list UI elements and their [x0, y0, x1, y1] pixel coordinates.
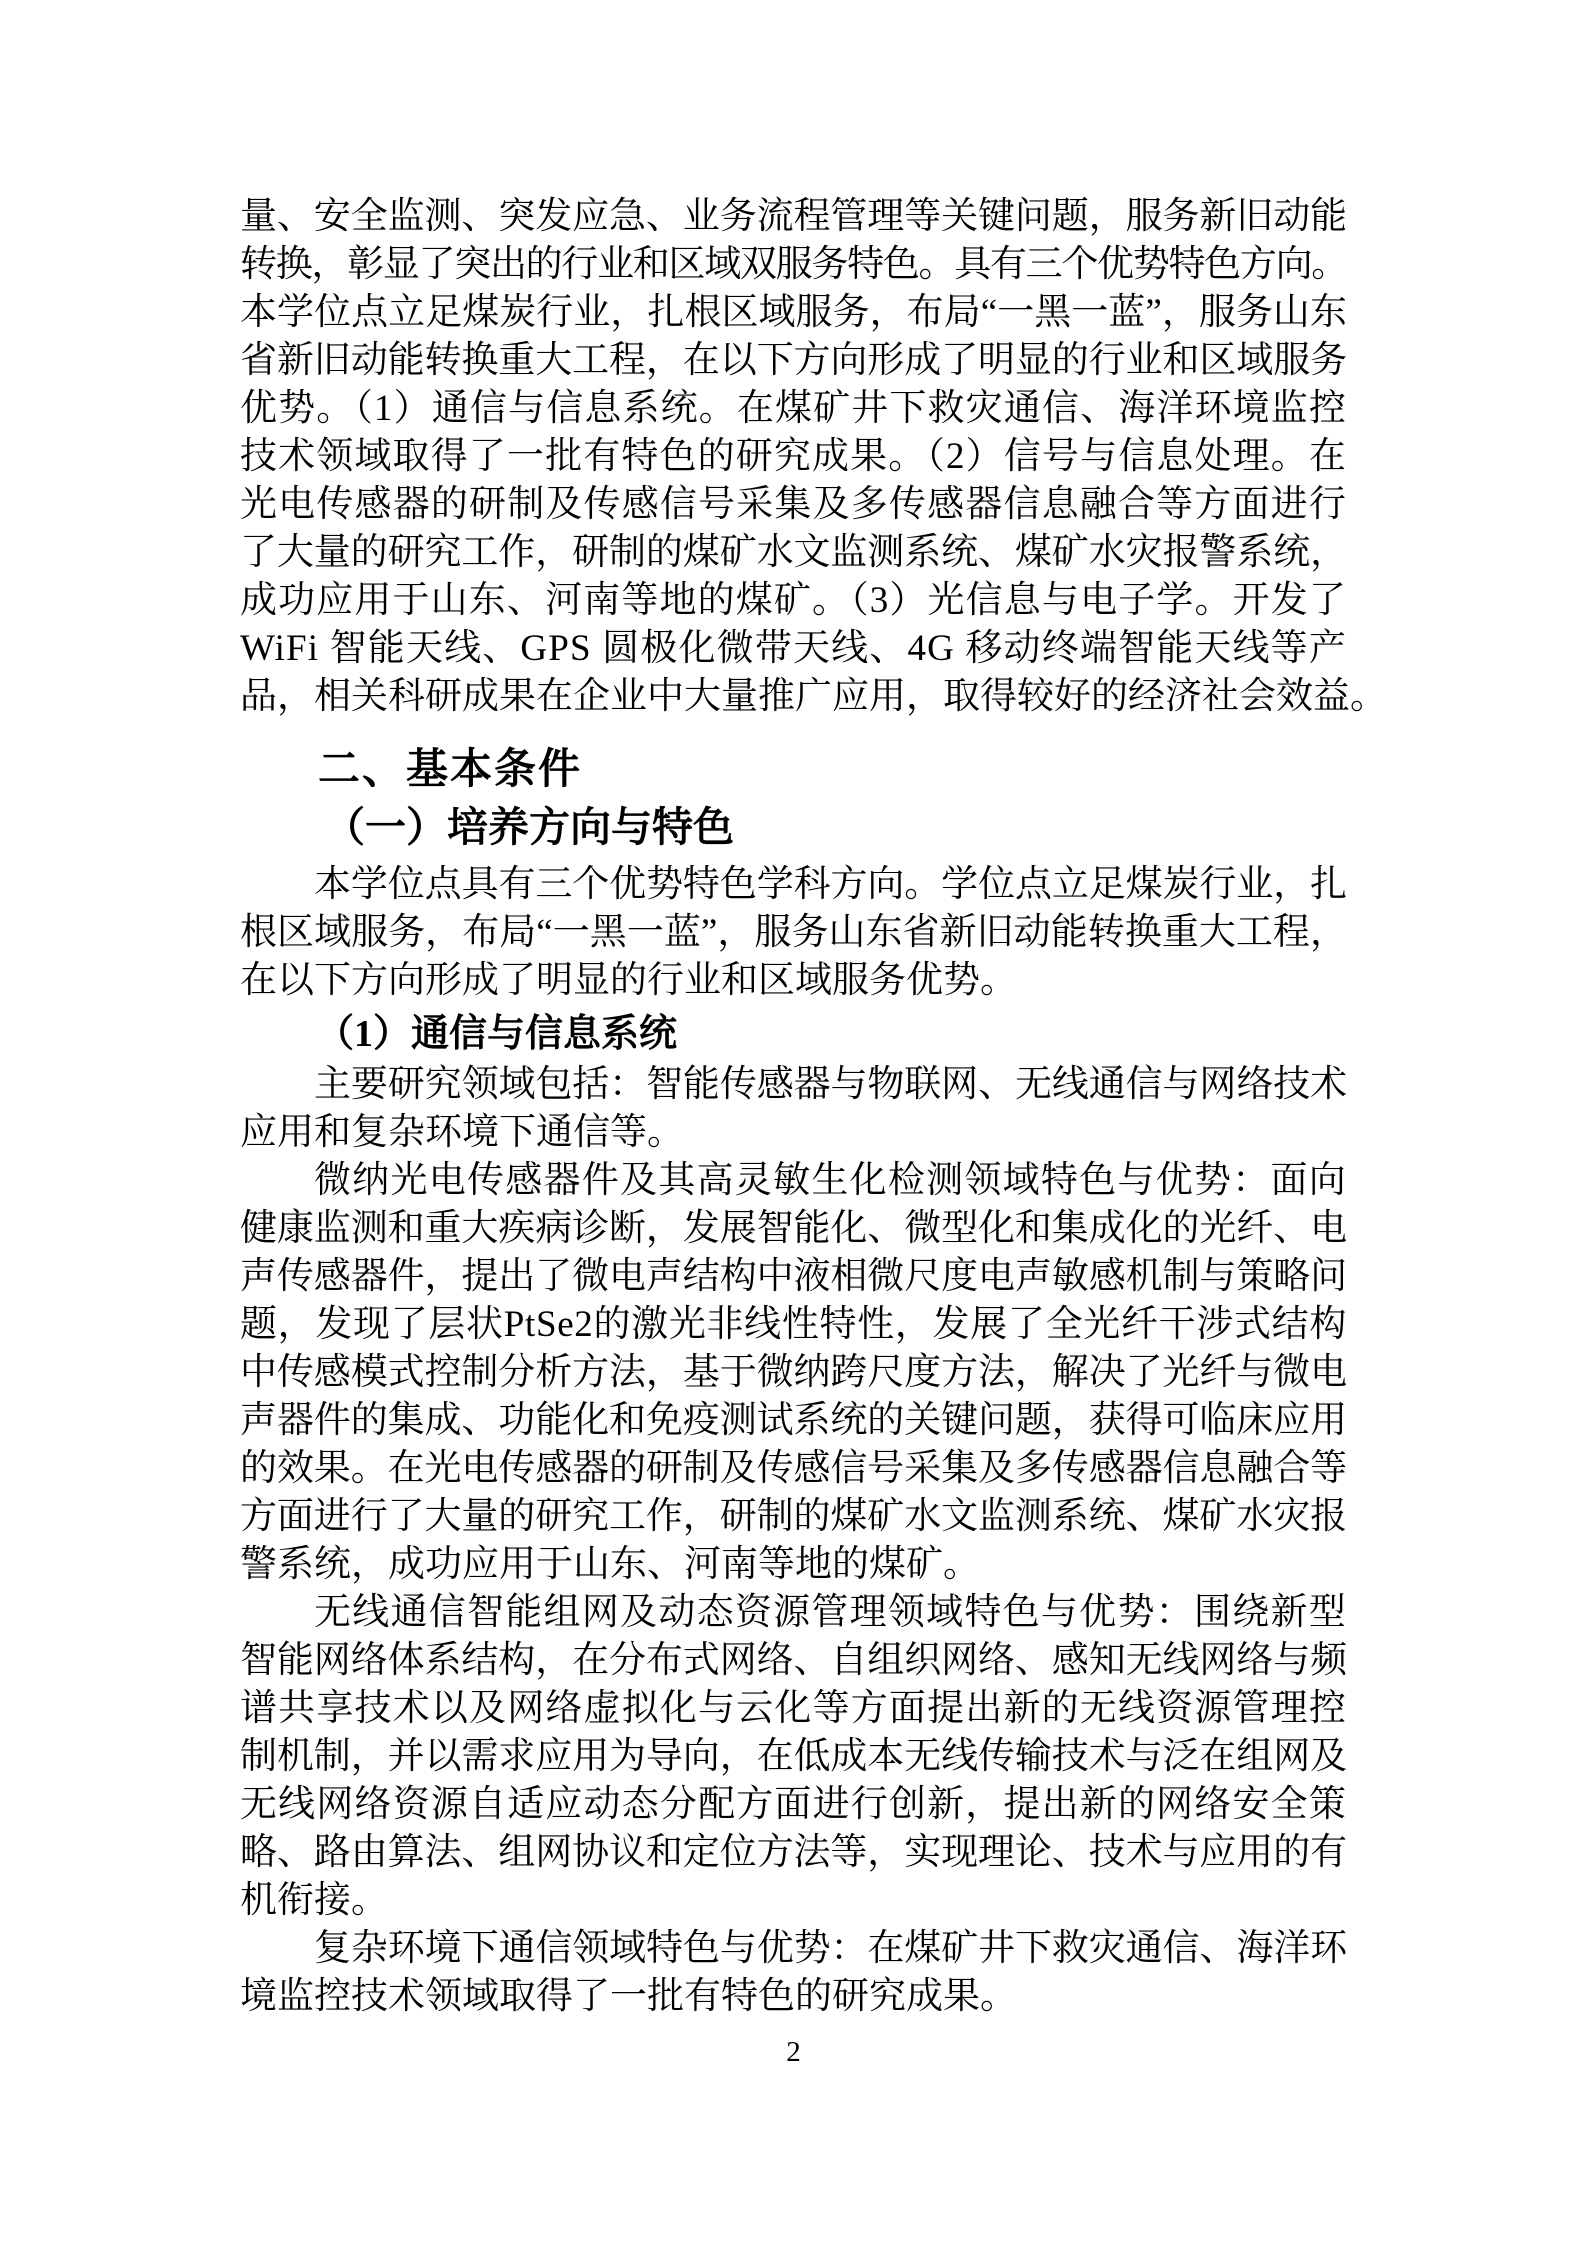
- text-line: 警系统，成功应用于山东、河南等地的煤矿。: [240, 1541, 1347, 1589]
- text-line: 品，相关科研成果在企业中大量推广应用，取得较好的经济社会效益。: [240, 673, 1347, 721]
- text-line: 主要研究领域包括：智能传感器与物联网、无线通信与网络技术: [240, 1061, 1347, 1109]
- text-line: 无线通信智能组网及动态资源管理领域特色与优势：围绕新型: [240, 1589, 1347, 1637]
- page-number: 2: [786, 2036, 801, 2068]
- document-page: 量、安全监测、突发应急、业务流程管理等关键问题，服务新旧动能转换，彰显了突出的行…: [0, 0, 1587, 2245]
- text-line: 谱共享技术以及网络虚拟化与云化等方面提出新的无线资源管理控: [240, 1685, 1347, 1733]
- paragraph: 无线通信智能组网及动态资源管理领域特色与优势：围绕新型智能网络体系结构，在分布式…: [240, 1589, 1347, 1925]
- text-line: 略、路由算法、组网协议和定位方法等，实现理论、技术与应用的有: [240, 1829, 1347, 1877]
- text-line: 本学位点具有三个优势特色学科方向。学位点立足煤炭行业，扎: [240, 861, 1347, 909]
- text-line: WiFi 智能天线、GPS 圆极化微带天线、4G 移动终端智能天线等产: [240, 625, 1347, 673]
- text-line: 复杂环境下通信领域特色与优势：在煤矿井下救灾通信、海洋环: [240, 1925, 1347, 1973]
- text-line: 方面进行了大量的研究工作，研制的煤矿水文监测系统、煤矿水灾报: [240, 1493, 1347, 1541]
- text-line: 机衔接。: [240, 1877, 1347, 1925]
- text-line: 声器件的集成、功能化和免疫测试系统的关键问题，获得可临床应用: [240, 1397, 1347, 1445]
- text-line: 境监控技术领域取得了一批有特色的研究成果。: [240, 1973, 1347, 2021]
- text-line: 无线网络资源自适应动态分配方面进行创新，提出新的网络安全策: [240, 1781, 1347, 1829]
- text-line: 根区域服务，布局“一黑一蓝”，服务山东省新旧动能转换重大工程，: [240, 909, 1347, 957]
- text-line: 的效果。在光电传感器的研制及传感信号采集及多传感器信息融合等: [240, 1445, 1347, 1493]
- text-line: 量、安全监测、突发应急、业务流程管理等关键问题，服务新旧动能: [240, 193, 1347, 241]
- text-line: 智能网络体系结构，在分布式网络、自组织网络、感知无线网络与频: [240, 1637, 1347, 1685]
- paragraph: 主要研究领域包括：智能传感器与物联网、无线通信与网络技术应用和复杂环境下通信等。: [240, 1061, 1347, 1157]
- heading-h1: 二、基本条件: [240, 743, 1347, 795]
- text-line: 题，发现了层状PtSe2的激光非线性特性，发展了全光纤干涉式结构: [240, 1301, 1347, 1349]
- paragraph: 复杂环境下通信领域特色与优势：在煤矿井下救灾通信、海洋环境监控技术领域取得了一批…: [240, 1925, 1347, 2021]
- text-line: 转换，彰显了突出的行业和区域双服务特色。具有三个优势特色方向。: [240, 241, 1347, 289]
- text-line: 省新旧动能转换重大工程，在以下方向形成了明显的行业和区域服务: [240, 337, 1347, 385]
- text-line: 健康监测和重大疾病诊断，发展智能化、微型化和集成化的光纤、电: [240, 1205, 1347, 1253]
- text-line: 声传感器件，提出了微电声结构中液相微尺度电声敏感机制与策略问: [240, 1253, 1347, 1301]
- page-footer: 2: [240, 2035, 1347, 2069]
- text-line: 成功应用于山东、河南等地的煤矿。（3）光信息与电子学。开发了: [240, 577, 1347, 625]
- text-line: 中传感模式控制分析方法，基于微纳跨尺度方法，解决了光纤与微电: [240, 1349, 1347, 1397]
- text-line: 在以下方向形成了明显的行业和区域服务优势。: [240, 957, 1347, 1005]
- heading-h2: （一）培养方向与特色: [240, 801, 1347, 853]
- paragraph: 微纳光电传感器件及其高灵敏生化检测领域特色与优势：面向健康监测和重大疾病诊断，发…: [240, 1157, 1347, 1589]
- document-content: 量、安全监测、突发应急、业务流程管理等关键问题，服务新旧动能转换，彰显了突出的行…: [240, 193, 1347, 2069]
- text-line: 技术领域取得了一批有特色的研究成果。（2）信号与信息处理。在: [240, 433, 1347, 481]
- text-line: 微纳光电传感器件及其高灵敏生化检测领域特色与优势：面向: [240, 1157, 1347, 1205]
- text-line: 了大量的研究工作，研制的煤矿水文监测系统、煤矿水灾报警系统，: [240, 529, 1347, 577]
- text-line: 本学位点立足煤炭行业，扎根区域服务，布局“一黑一蓝”，服务山东: [240, 289, 1347, 337]
- paragraph: 量、安全监测、突发应急、业务流程管理等关键问题，服务新旧动能转换，彰显了突出的行…: [240, 193, 1347, 721]
- text-line: 应用和复杂环境下通信等。: [240, 1109, 1347, 1157]
- text-line: 光电传感器的研制及传感信号采集及多传感器信息融合等方面进行: [240, 481, 1347, 529]
- paragraph: 本学位点具有三个优势特色学科方向。学位点立足煤炭行业，扎根区域服务，布局“一黑一…: [240, 861, 1347, 1005]
- text-line: 优势。（1）通信与信息系统。在煤矿井下救灾通信、海洋环境监控: [240, 385, 1347, 433]
- text-line: 制机制，并以需求应用为导向，在低成本无线传输技术与泛在组网及: [240, 1733, 1347, 1781]
- heading-h3: （1）通信与信息系统: [240, 1009, 1347, 1059]
